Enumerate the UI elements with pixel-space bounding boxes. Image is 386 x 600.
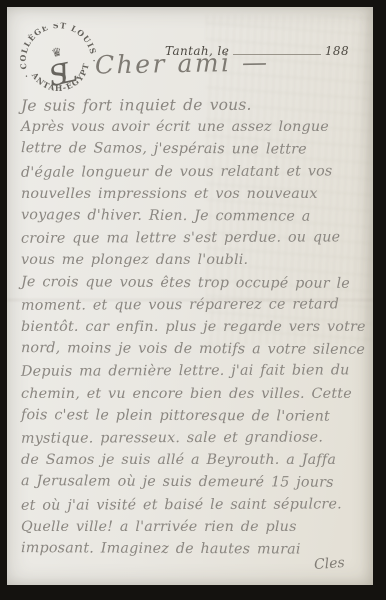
letter-line: Je suis fort inquiet de vous.: [21, 93, 367, 117]
letter-line: mystique. paresseux. sale et grandiose.: [21, 426, 367, 450]
letter-body: Je suis fort inquiet de vous. Après vous…: [21, 94, 367, 560]
letter-line: voyages d'hiver. Rien. Je commence a: [21, 204, 367, 228]
letter-line: Depuis ma dernière lettre. j'ai fait bie…: [21, 360, 367, 384]
letter-line: et où j'ai visité et baisé le saint sépu…: [21, 493, 367, 517]
letter-line: nord, moins je vois de motifs a votre si…: [21, 337, 367, 361]
catchword: Cles: [314, 555, 346, 573]
dateline-year-prefix: 188: [325, 44, 349, 58]
letter-line: Quelle ville! a l'arrivée rien de plus: [21, 516, 367, 538]
letter-line: Je crois que vous êtes trop occupé pour …: [21, 271, 367, 295]
letter-line: fois c'est le plein pittoresque de l'ori…: [21, 404, 367, 428]
letter-line: d'égale longueur de vous relatant et vos: [21, 160, 367, 184]
letter-line: a Jerusalem où je suis demeuré 15 jours: [21, 471, 367, 495]
letter-line: nouvelles impressions et vos nouveaux: [21, 183, 367, 205]
scanned-letter-page: · COLLÈGE ST LOUIS · TANTAH-ÉGYPTE ♛ SL …: [0, 0, 386, 600]
letter-paper: · COLLÈGE ST LOUIS · TANTAH-ÉGYPTE ♛ SL …: [7, 7, 373, 585]
letter-line: moment. et que vous réparerez ce retard: [21, 293, 367, 317]
letter-line: bientôt. car enfin. plus je regarde vers…: [21, 316, 367, 338]
letter-line: Après vous avoir écrit une assez longue: [21, 116, 367, 138]
letter-line: croire que ma lettre s'est perdue. ou qu…: [21, 226, 367, 250]
letter-line: vous me plongez dans l'oubli.: [21, 249, 367, 271]
letter-line: chemin, et vu encore bien des villes. Ce…: [21, 383, 367, 405]
letter-line: de Samos je suis allé a Beyrouth. a Jaff…: [21, 449, 367, 471]
letter-line: lettre de Samos, j'espérais une lettre: [21, 138, 367, 162]
salutation: Cher ami —: [95, 47, 270, 79]
